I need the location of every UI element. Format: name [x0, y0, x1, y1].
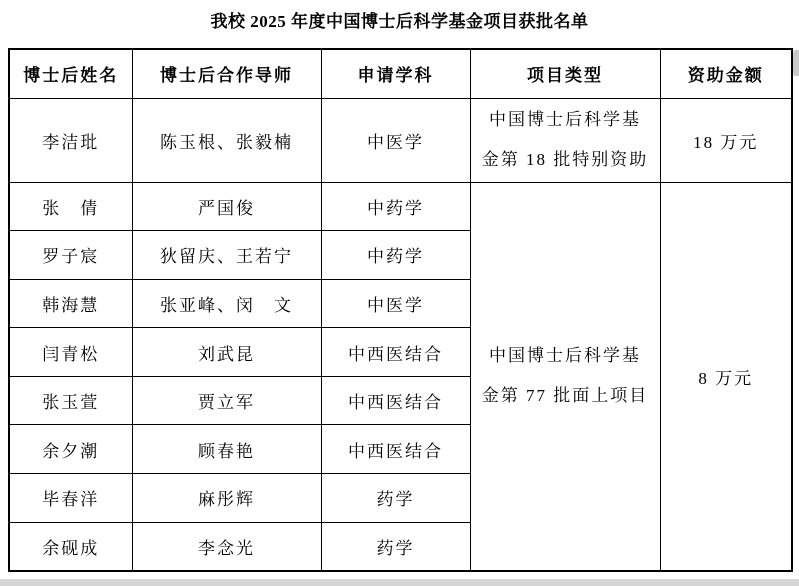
- discipline-cell: 药学: [321, 522, 470, 571]
- mentor-cell: 狄留庆、王若宁: [132, 231, 321, 280]
- header-discipline: 申请学科: [321, 49, 470, 98]
- discipline-cell: 药学: [321, 474, 470, 523]
- discipline-cell: 中医学: [321, 279, 470, 328]
- mentor-cell: 刘武昆: [132, 328, 321, 377]
- project-type-line: 中国博士后科学基: [473, 100, 658, 140]
- vertical-scrollbar-thumb[interactable]: [793, 50, 799, 76]
- discipline-cell: 中西医结合: [321, 376, 470, 425]
- discipline-cell: 中药学: [321, 182, 470, 231]
- postdoc-name-cell: 韩海慧: [9, 279, 132, 328]
- discipline-cell: 中医学: [321, 98, 470, 182]
- mentor-cell: 麻彤辉: [132, 474, 321, 523]
- table-row: 李洁玭 陈玉根、张毅楠 中医学 中国博士后科学基 金第 18 批特别资助 18 …: [9, 98, 792, 182]
- project-type-cell-merged: 中国博士后科学基 金第 77 批面上项目: [470, 182, 660, 571]
- postdoc-name-cell: 李洁玭: [9, 98, 132, 182]
- postdoc-name-cell: 余砚成: [9, 522, 132, 571]
- postdoc-name-cell: 张 倩: [9, 182, 132, 231]
- page-title: 我校 2025 年度中国博士后科学基金项目获批名单: [0, 7, 799, 32]
- grant-approval-table: 博士后姓名 博士后合作导师 申请学科 项目类型 资助金额 李洁玭 陈玉根、张毅楠…: [8, 48, 793, 572]
- header-mentor: 博士后合作导师: [132, 49, 321, 98]
- amount-cell: 18 万元: [660, 98, 792, 182]
- project-type-cell: 中国博士后科学基 金第 18 批特别资助: [470, 98, 660, 182]
- discipline-cell: 中西医结合: [321, 328, 470, 377]
- discipline-cell: 中药学: [321, 231, 470, 280]
- amount-cell-merged: 8 万元: [660, 182, 792, 571]
- project-type-line: 金第 77 批面上项目: [473, 376, 658, 416]
- mentor-cell: 李念光: [132, 522, 321, 571]
- postdoc-name-cell: 罗子宸: [9, 231, 132, 280]
- mentor-cell: 贾立军: [132, 376, 321, 425]
- discipline-cell: 中西医结合: [321, 425, 470, 474]
- postdoc-name-cell: 闫青松: [9, 328, 132, 377]
- mentor-cell: 张亚峰、闵 文: [132, 279, 321, 328]
- table-header-row: 博士后姓名 博士后合作导师 申请学科 项目类型 资助金额: [9, 49, 792, 98]
- bottom-edge-strip: [0, 579, 799, 586]
- header-amount: 资助金额: [660, 49, 792, 98]
- header-project-type: 项目类型: [470, 49, 660, 98]
- project-type-line: 金第 18 批特别资助: [473, 140, 658, 180]
- postdoc-name-cell: 张玉萱: [9, 376, 132, 425]
- mentor-cell: 严国俊: [132, 182, 321, 231]
- table-row: 张 倩 严国俊 中药学 中国博士后科学基 金第 77 批面上项目 8 万元: [9, 182, 792, 231]
- project-type-line: 中国博士后科学基: [473, 336, 658, 376]
- mentor-cell: 陈玉根、张毅楠: [132, 98, 321, 182]
- postdoc-name-cell: 余夕潮: [9, 425, 132, 474]
- header-postdoc-name: 博士后姓名: [9, 49, 132, 98]
- postdoc-name-cell: 毕春洋: [9, 474, 132, 523]
- mentor-cell: 顾春艳: [132, 425, 321, 474]
